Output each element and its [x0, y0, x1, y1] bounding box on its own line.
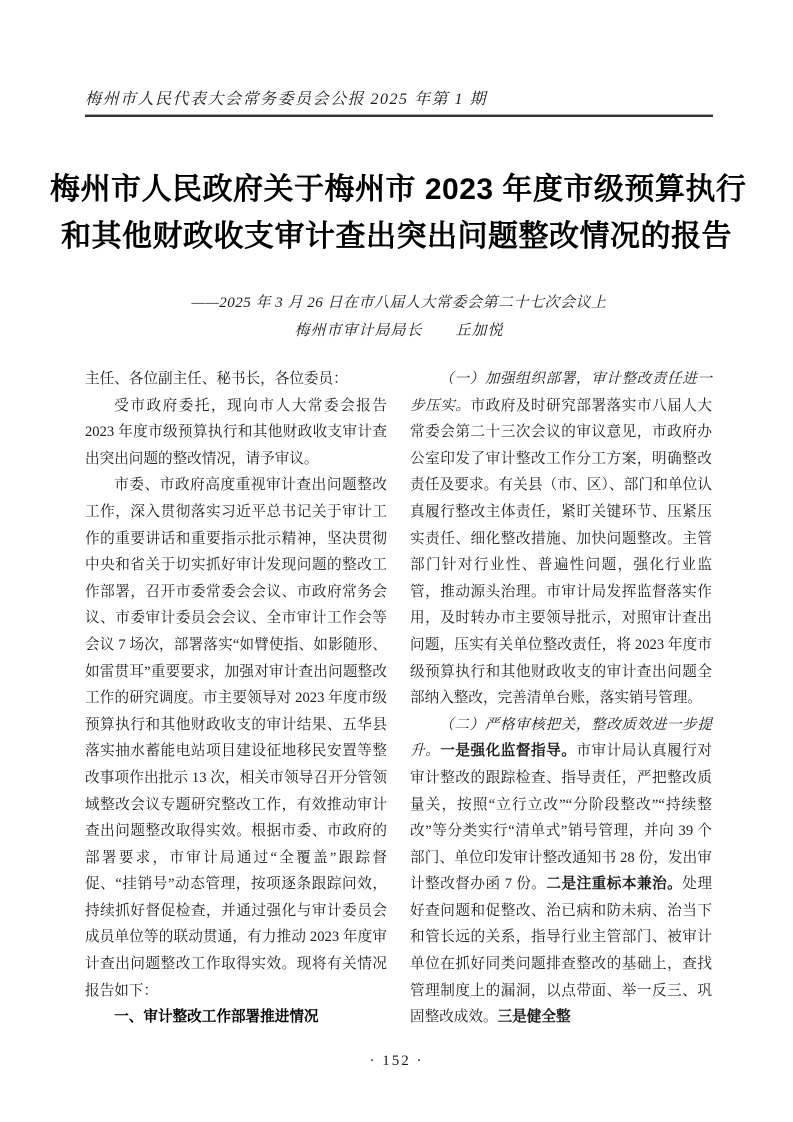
report-title-line2: 和其他财政收支审计查出突出问题整改情况的报告: [50, 213, 743, 260]
masthead-rule: [85, 114, 713, 117]
paragraph-item-one: （一）加强组织部署，审计整改责任进一步压实。市政府及时研究部署落实市八届人大常委…: [410, 366, 712, 712]
speaker-name: 丘加悦: [456, 323, 504, 339]
salutation: 主任、各位副主任、秘书长，各位委员：: [85, 366, 387, 393]
page-number: · 152 ·: [0, 1053, 793, 1070]
paragraph-item-one-body: 市政府及时研究部署落实市八届人大常委会第二十三次会议的审议意见，市政府办公室印发…: [410, 398, 712, 707]
subtitle-occasion: ——2025 年 3 月 26 日在市八届人大常委会第二十七次会议上: [85, 291, 713, 312]
point1-label: 一是强化监督指导。: [440, 743, 576, 759]
masthead-text: 梅州市人民代表大会常务委员会公报 2025 年第 1 期: [85, 91, 487, 108]
paragraph-item-two: （二）严格审核把关，整改质效进一步提升。一是强化监督指导。市审计局认真履行对审计…: [410, 712, 712, 1031]
speaker-line: 梅州市审计局局长丘加悦: [85, 319, 713, 340]
paragraph-intro: 受市政府委托，现向市人大常委会报告 2023 年度市级预算执行和其他财政收支审计…: [85, 393, 387, 473]
speaker-title: 梅州市审计局局长: [294, 323, 422, 339]
point2-text: 处理好查问题和促整改、治已病和防未病、治当下和管长远的关系，指导行业主管部门、被…: [410, 876, 712, 1025]
point2-label: 二是注重标本兼治。: [546, 876, 682, 892]
body-right-column: （一）加强组织部署，审计整改责任进一步压实。市政府及时研究部署落实市八届人大常委…: [410, 366, 712, 1031]
paragraph-overview: 市委、市政府高度重视审计查出问题整改工作，深入贯彻落实习近平总书记关于审计工作的…: [85, 472, 387, 1004]
report-title: 梅州市人民政府关于梅州市 2023 年度市级预算执行 和其他财政收支审计查出突出…: [50, 166, 743, 260]
point3-label: 三是健全整: [498, 1009, 571, 1025]
point1-text: 市审计局认真履行对审计整改的跟踪检查、指导责任，严把整改质量关，按照“立行立改”…: [410, 743, 712, 892]
masthead: 梅州市人民代表大会常务委员会公报 2025 年第 1 期: [85, 86, 713, 109]
body-left-column: 主任、各位副主任、秘书长，各位委员： 受市政府委托，现向市人大常委会报告 202…: [85, 366, 387, 1031]
report-title-line1: 梅州市人民政府关于梅州市 2023 年度市级预算执行: [50, 166, 743, 213]
section-heading-1: 一、审计整改工作部署推进情况: [85, 1004, 387, 1031]
document-page: 梅州市人民代表大会常务委员会公报 2025 年第 1 期 梅州市人民政府关于梅州…: [0, 0, 793, 1122]
